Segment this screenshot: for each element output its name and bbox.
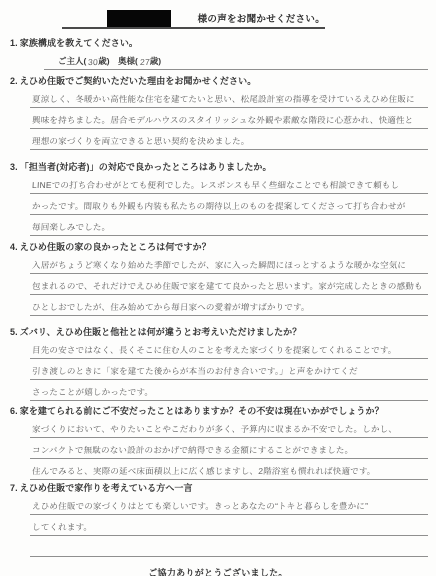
- answer-line: 入居がちょうど寒くなり始めた季節でしたが、家に入った瞬間にほっとするような暖かな…: [30, 253, 428, 274]
- question-block-message: 7.えひめ住販で家作りを考えている方へ一言 えひめ住販での家づくりはとても楽しい…: [10, 483, 428, 557]
- question-heading: 7.えひめ住販で家作りを考えている方へ一言: [10, 483, 428, 494]
- handwritten-text: 理想の家づくりを両立できると思い契約を決めました。: [30, 135, 250, 149]
- document-header: 様の声をお聞かせください。: [62, 10, 325, 29]
- question-label: えひめ住販でご契約いただいた理由をお聞かせください。: [20, 76, 257, 86]
- handwritten-text: 住んでみると、実際の延べ床面積以上に広く感じますし、2階浴室も慣れれば快適です。: [30, 465, 376, 479]
- answer-line: かったです。間取りも外観も内装も私たちの期待以上のものを提案してくださって打ち合…: [30, 194, 428, 215]
- answer-area: えひめ住販での家づくりはとても楽しいです。きっとあなたの“トキと暮らしを豊かに”…: [30, 494, 428, 557]
- handwritten-text: してくれます。: [30, 521, 93, 535]
- answer-line: してくれます。: [30, 515, 428, 536]
- answer-line: さったことが嬉しかったです。: [30, 380, 428, 401]
- answer-line: 住んでみると、実際の延べ床面積以上に広く感じますし、2階浴室も慣れれば快適です。: [30, 459, 428, 480]
- handwritten-text: えひめ住販での家づくりはとても楽しいです。きっとあなたの“トキと暮らしを豊かに”: [30, 500, 368, 514]
- handwritten-text: 家づくりにおいて、やりたいことやこだわりが多く、予算内に収まるか不安でした。しか…: [30, 423, 397, 437]
- answer-line: 理想の家づくりを両立できると思い契約を決めました。: [30, 129, 428, 150]
- scanned-survey-document: 様の声をお聞かせください。 1.家族構成を教えてください。 ご主人(30歳) 奥…: [0, 0, 436, 576]
- answer-line: 夏涼しく、冬暖かい高性能な住宅を建てたいと思い、松尾設計室の指導を受けているえひ…: [30, 87, 428, 108]
- answer-area: 夏涼しく、冬暖かい高性能な住宅を建てたいと思い、松尾設計室の指導を受けているえひ…: [30, 87, 428, 150]
- question-label: 家族構成を教えてください。: [20, 38, 138, 48]
- question-label: 「担当者(対応者)」の対応で良かったところはありましたか。: [20, 162, 272, 172]
- handwritten-text: ひとしおでしたが、住み始めてから毎日家への愛着が増すばかりです。: [30, 301, 310, 315]
- question-block-family: 1.家族構成を教えてください。 ご主人(30歳) 奥様(27歳): [10, 38, 428, 70]
- question-heading: 4.えひめ住販の家の良かったところは何ですか？: [10, 242, 428, 253]
- question-number: 7.: [10, 483, 18, 493]
- handwritten-text: LINEでの打ち合わせがとても便利でした。レスポンスも早く些細なことでも相談でき…: [30, 179, 400, 193]
- answer-handwritten-age-husband: 30: [86, 57, 98, 69]
- question-heading: 2.えひめ住販でご契約いただいた理由をお聞かせください。: [10, 76, 428, 87]
- answer-line-blank: [30, 536, 428, 557]
- answer-area: LINEでの打ち合わせがとても便利でした。レスポンスも早く些細なことでも相談でき…: [30, 173, 428, 236]
- question-number: 6.: [10, 406, 18, 416]
- answer-handwritten-age-wife: 27: [138, 57, 150, 69]
- answer-line: ご主人(30歳) 奥様(27歳): [44, 49, 428, 70]
- question-label: 家を建てられる前にご不安だったことはありますか？その不安は現在いかがでしょうか？: [20, 406, 384, 416]
- answer-printed-segment: 歳) 奥様(: [98, 55, 138, 69]
- question-list: 1.家族構成を教えてください。 ご主人(30歳) 奥様(27歳) 2.えひめ住販…: [10, 38, 428, 557]
- handwritten-text: さったことが嬉しかったです。: [30, 386, 153, 400]
- answer-line: 目先の安さではなく、長くそこに住む人のことを考えた家づくりを提案してくれることで…: [30, 338, 428, 359]
- redacted-name-box: [107, 10, 171, 27]
- answer-line: 引き渡しのときに「家を建てた後からが本当のお付き合いです。」と声をかけてくだ: [30, 359, 428, 380]
- answer-area: 家づくりにおいて、やりたいことやこだわりが多く、予算内に収まるか不安でした。しか…: [30, 417, 428, 480]
- answer-line: 興味を持ちました。居合モデルハウスのスタイリッシュな外観や素敵な階段に心惹かれ、…: [30, 108, 428, 129]
- question-number: 4.: [10, 242, 18, 252]
- question-label: ズバリ、えひめ住販と他社とは何が違うとお考えいただけましたか？: [20, 327, 302, 337]
- question-label: えひめ住販で家作りを考えている方へ一言: [20, 483, 193, 493]
- handwritten-text: 興味を持ちました。居合モデルハウスのスタイリッシュな外観や素敵な階段に心惹かれ、…: [30, 114, 414, 128]
- question-block-worries: 6.家を建てられる前にご不安だったことはありますか？その不安は現在いかがでしょう…: [10, 406, 428, 480]
- question-label: えひめ住販の家の良かったところは何ですか？: [20, 242, 211, 252]
- question-block-reason: 2.えひめ住販でご契約いただいた理由をお聞かせください。 夏涼しく、冬暖かい高性…: [10, 76, 428, 150]
- answer-printed-segment: ご主人(: [44, 55, 86, 69]
- answer-area: 目先の安さではなく、長くそこに住む人のことを考えた家づくりを提案してくれることで…: [30, 338, 428, 401]
- answer-line: えひめ住販での家づくりはとても楽しいです。きっとあなたの“トキと暮らしを豊かに”: [30, 494, 428, 515]
- handwritten-text: [30, 554, 32, 556]
- handwritten-text: 毎回楽しみでした。: [30, 221, 111, 235]
- question-heading: 3.「担当者(対応者)」の対応で良かったところはありましたか。: [10, 162, 428, 173]
- handwritten-text: 目先の安さではなく、長くそこに住む人のことを考えた家づくりを提案してくれることで…: [30, 344, 397, 358]
- question-number: 3.: [10, 162, 18, 172]
- handwritten-text: 包まれるので、それだけでえひめ住販で家を建てて良かったと思います。家が完成したと…: [30, 280, 423, 294]
- answer-area: 入居がちょうど寒くなり始めた季節でしたが、家に入った瞬間にほっとするような暖かな…: [30, 253, 428, 316]
- question-number: 5.: [10, 327, 18, 337]
- question-block-house-good-points: 4.えひめ住販の家の良かったところは何ですか？ 入居がちょうど寒くなり始めた季節…: [10, 242, 428, 316]
- question-block-difference: 5.ズバリ、えひめ住販と他社とは何が違うとお考えいただけましたか？ 目先の安さで…: [10, 327, 428, 401]
- question-block-staff: 3.「担当者(対応者)」の対応で良かったところはありましたか。 LINEでの打ち…: [10, 162, 428, 236]
- footer-thanks: ご協力ありがとうございました。: [0, 566, 436, 576]
- question-heading: 6.家を建てられる前にご不安だったことはありますか？その不安は現在いかがでしょう…: [10, 406, 428, 417]
- handwritten-text: 引き渡しのときに「家を建てた後からが本当のお付き合いです。」と声をかけてくだ: [30, 365, 358, 379]
- handwritten-text: かったです。間取りも外観も内装も私たちの期待以上のものを提案してくださって打ち合…: [30, 200, 406, 214]
- answer-printed-segment: 歳): [150, 55, 161, 69]
- answer-line: コンパクトで無駄のない設計のおかげで納得できる金額にすることができました。: [30, 438, 428, 459]
- question-heading: 1.家族構成を教えてください。: [10, 38, 428, 49]
- handwritten-text: 入居がちょうど寒くなり始めた季節でしたが、家に入った瞬間にほっとするような暖かな…: [30, 259, 406, 273]
- question-number: 1.: [10, 38, 18, 48]
- answer-line: 毎回楽しみでした。: [30, 215, 428, 236]
- header-title: 様の声をお聞かせください。: [198, 11, 325, 27]
- answer-line: 家づくりにおいて、やりたいことやこだわりが多く、予算内に収まるか不安でした。しか…: [30, 417, 428, 438]
- handwritten-text: 夏涼しく、冬暖かい高性能な住宅を建てたいと思い、松尾設計室の指導を受けているえひ…: [30, 93, 415, 107]
- question-number: 2.: [10, 76, 18, 86]
- answer-line: LINEでの打ち合わせがとても便利でした。レスポンスも早く些細なことでも相談でき…: [30, 173, 428, 194]
- question-heading: 5.ズバリ、えひめ住販と他社とは何が違うとお考えいただけましたか？: [10, 327, 428, 338]
- answer-line: ひとしおでしたが、住み始めてから毎日家への愛着が増すばかりです。: [30, 295, 428, 316]
- answer-area: ご主人(30歳) 奥様(27歳): [44, 49, 428, 70]
- answer-line: 包まれるので、それだけでえひめ住販で家を建てて良かったと思います。家が完成したと…: [30, 274, 428, 295]
- handwritten-text: コンパクトで無駄のない設計のおかげで納得できる金額にすることができました。: [30, 444, 354, 458]
